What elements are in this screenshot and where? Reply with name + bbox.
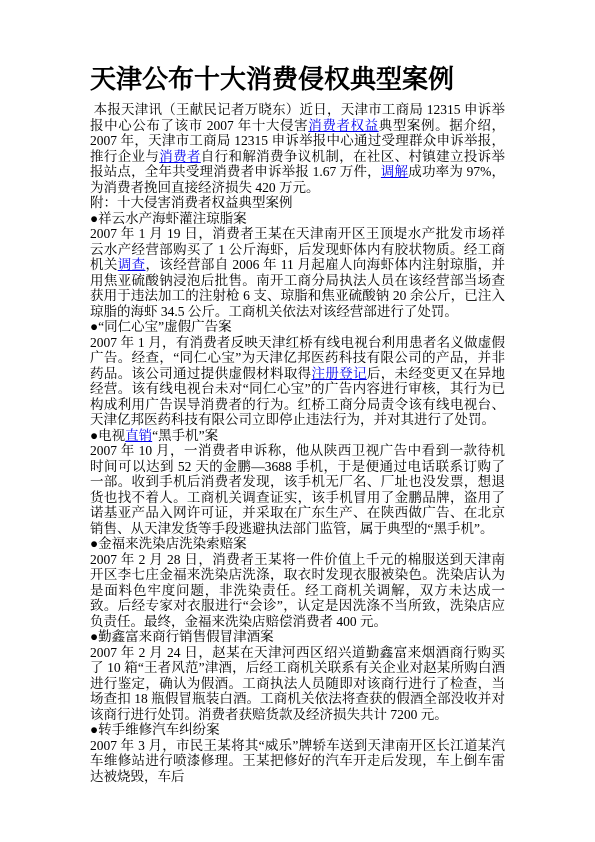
text-run: ●电视	[90, 428, 125, 443]
text-run: ●转手维修汽车纠纷案	[90, 722, 220, 737]
text-run: ●金福来洗染店洗染索赔案	[90, 536, 247, 551]
document-page: 天津公布十大消费侵权典型案例 本报天津讯（王献民记者万晓东）近日，天津市工商局 …	[0, 0, 595, 842]
text-run: ●“同仁心宝”虚假广告案	[90, 319, 232, 334]
text-run: 2007 年 3 月，市民王某将其“威乐”牌轿车送到天津南开区长江道某汽车维修站…	[90, 738, 505, 784]
text-run: 附：十大侵害消费者权益典型案例	[90, 195, 293, 210]
case-paragraph: 2007 年 2 月 28 日，消费者王某将一件价值上千元的棉服送到天津南开区李…	[90, 552, 505, 630]
text-run: ●勤鑫富来商行销售假冒津酒案	[90, 629, 274, 644]
inline-link[interactable]: 调查	[118, 257, 146, 272]
case-title: ●电视直销“黑手机”案	[90, 428, 505, 444]
inline-link[interactable]: 消费者权益	[308, 118, 379, 133]
case-paragraph: 2007 年 2 月 24 日，赵某在天津河西区绍兴道勤鑫富来烟酒商行购买了 1…	[90, 645, 505, 723]
inline-link[interactable]: 调解	[381, 164, 408, 179]
article-title: 天津公布十大消费侵权典型案例	[90, 64, 505, 95]
case-paragraph: 2007 年 10 月，一消费者申诉称，他从陕西卫视广告中看到一款待机时间可以达…	[90, 443, 505, 536]
case-title: ●金福来洗染店洗染索赔案	[90, 536, 505, 552]
text-run: 2007 年 2 月 28 日，消费者王某将一件价值上千元的棉服送到天津南开区李…	[90, 552, 505, 629]
attachment-line: 附：十大侵害消费者权益典型案例	[90, 195, 505, 211]
case-title: ●勤鑫富来商行销售假冒津酒案	[90, 629, 505, 645]
case-title: ●转手维修汽车纠纷案	[90, 722, 505, 738]
case-title: ●祥云水产海虾灌注琼脂案	[90, 211, 505, 227]
case-paragraph: 2007 年 1 月，有消费者反映天津红桥有线电视台利用患者名义做虚假广告。经查…	[90, 335, 505, 428]
case-paragraph: 2007 年 3 月，市民王某将其“威乐”牌轿车送到天津南开区长江道某汽车维修站…	[90, 738, 505, 785]
text-run: “黑手机”案	[152, 428, 218, 443]
lead-paragraph: 本报天津讯（王献民记者万晓东）近日，天津市工商局 12315 申诉举报中心公布了…	[90, 102, 505, 195]
text-run: ，该经营部自 2006 年 11 月起雇人向海虾体内注射琼脂，并用焦亚硫酸钠浸泡…	[90, 257, 505, 319]
text-run: 2007 年 2 月 24 日，赵某在天津河西区绍兴道勤鑫富来烟酒商行购买了 1…	[90, 645, 505, 722]
article: 天津公布十大消费侵权典型案例 本报天津讯（王献民记者万晓东）近日，天津市工商局 …	[90, 64, 505, 784]
text-run: ●祥云水产海虾灌注琼脂案	[90, 211, 247, 226]
article-body: 本报天津讯（王献民记者万晓东）近日，天津市工商局 12315 申诉举报中心公布了…	[90, 102, 505, 784]
text-run: 2007 年 10 月，一消费者申诉称，他从陕西卫视广告中看到一款待机时间可以达…	[90, 443, 505, 536]
inline-link[interactable]: 注册登记	[312, 366, 367, 381]
case-paragraph: 2007 年 1 月 19 日，消费者王某在天津南开区王顶堤水产批发市场祥云水产…	[90, 226, 505, 319]
case-title: ●“同仁心宝”虚假广告案	[90, 319, 505, 335]
inline-link[interactable]: 消费者	[159, 149, 201, 164]
inline-link[interactable]: 直销	[125, 428, 152, 443]
